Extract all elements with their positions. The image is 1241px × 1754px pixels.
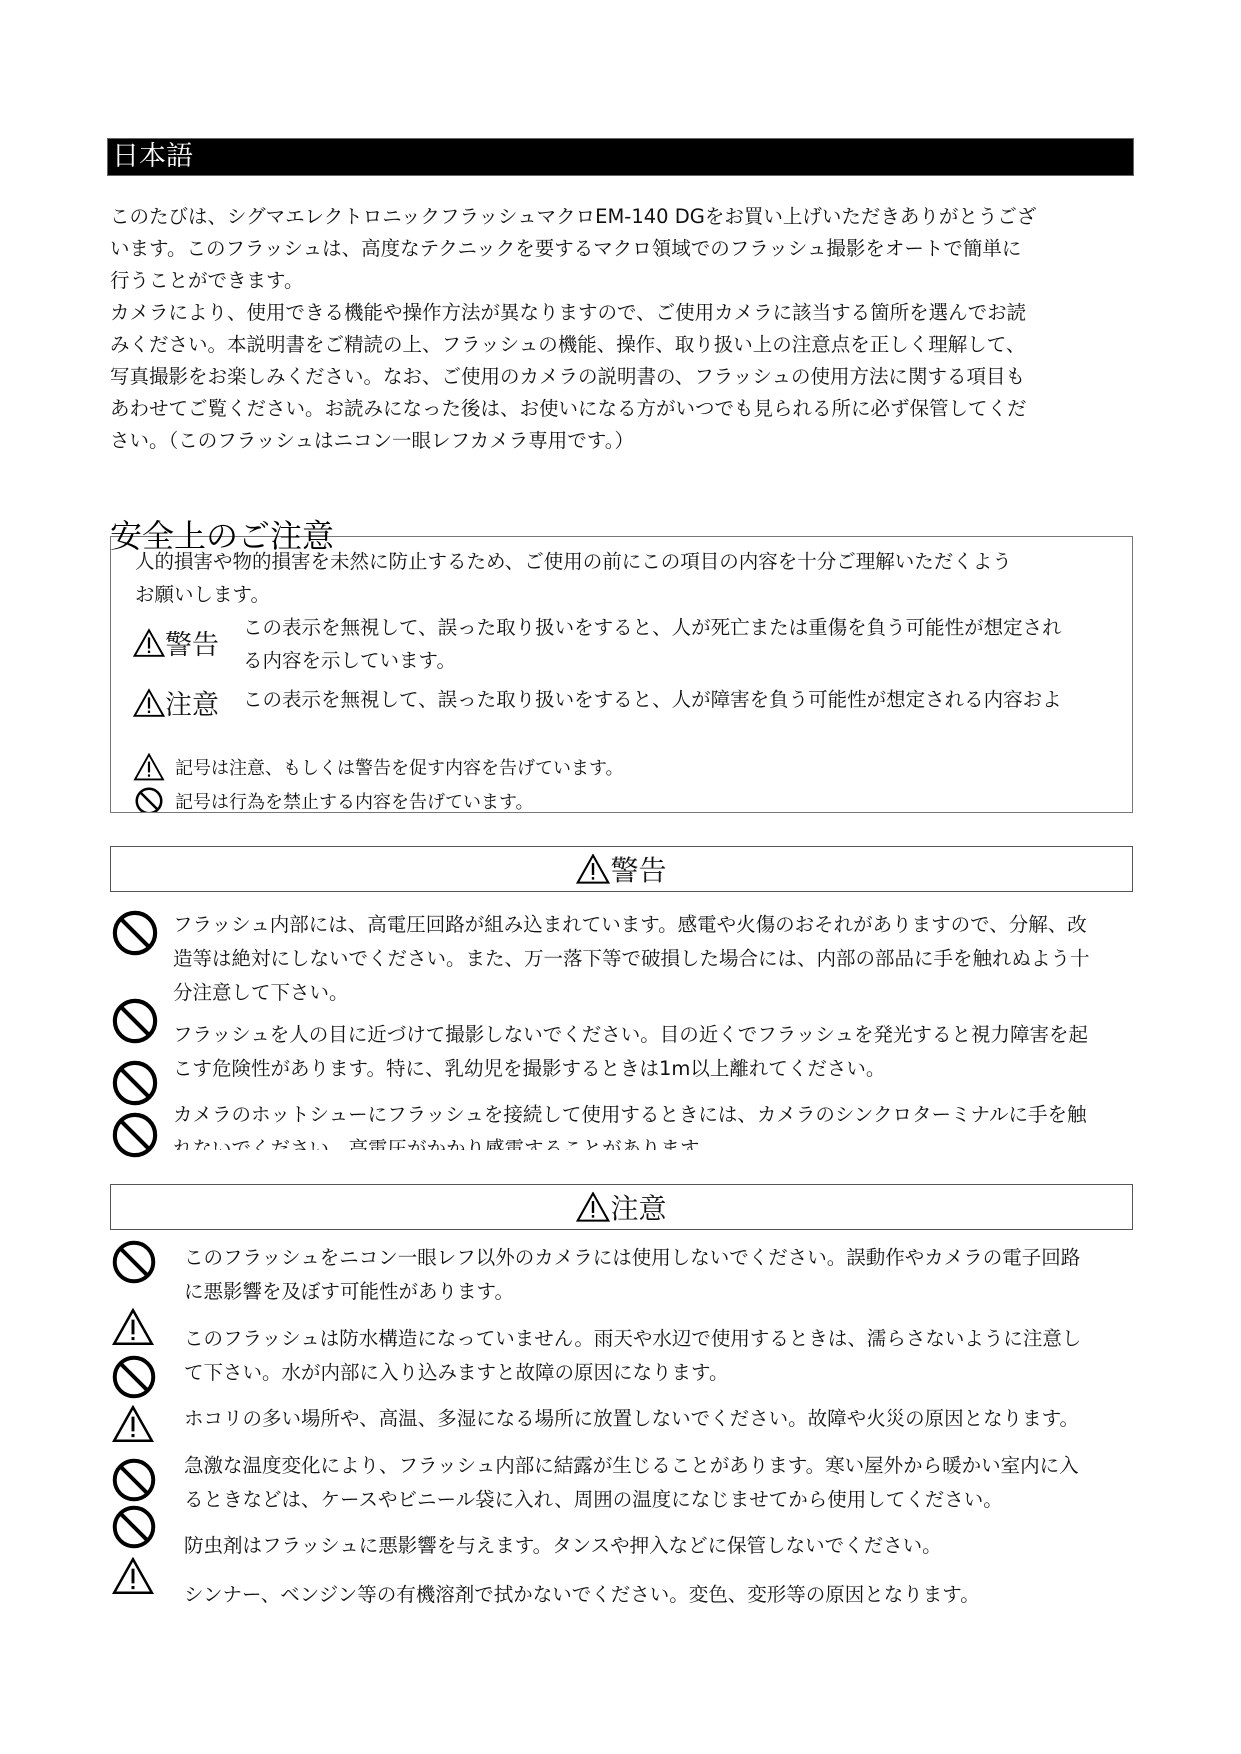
legend-line: る内容を示しています。 bbox=[243, 644, 1062, 677]
caution-line: このフラッシュをニコン一眼レフ以外のカメラには使用しないでください。誤動作やカメ… bbox=[184, 1241, 1080, 1275]
caution-line: このフラッシュは防水構造になっていません。雨天や水辺で使用するときは、濡らさない… bbox=[184, 1322, 1081, 1356]
caution-item: シンナー、ベンジン等の有機溶剤で拭かないでください。変色、変形等の原因となります… bbox=[184, 1578, 980, 1612]
caution-item: 急激な温度変化により、フラッシュ内部に結露が生じることがあります。寒い屋外から暖… bbox=[184, 1449, 1079, 1517]
prohibited-icon bbox=[112, 1112, 158, 1158]
warning-triangle-icon bbox=[112, 1308, 154, 1346]
legend-warning: 警告 この表示を無視して、誤った取り扱いをすると、人が死亡または重傷を負う可能性… bbox=[133, 611, 1062, 677]
symbol-legend-prohibited: 記号は行為を禁止する内容を告げています。 bbox=[133, 787, 534, 813]
warning-triangle-icon bbox=[576, 1190, 610, 1224]
warning-line: フラッシュを人の目に近づけて撮影しないでください。目の近くでフラッシュを発光する… bbox=[173, 1018, 1088, 1052]
caution-item: このフラッシュは防水構造になっていません。雨天や水辺で使用するときは、濡らさない… bbox=[184, 1322, 1081, 1390]
caution-line: るときなどは、ケースやビニール袋に入れ、周囲の温度になじませてから使用してくださ… bbox=[184, 1483, 1079, 1517]
caution-line: ホコリの多い場所や、高温、多湿になる場所に放置しないでください。故障や火災の原因… bbox=[184, 1402, 1079, 1436]
caution-line: 急激な温度変化により、フラッシュ内部に結露が生じることがあります。寒い屋外から暖… bbox=[184, 1449, 1079, 1483]
caution-heading: 注意 bbox=[576, 1187, 666, 1227]
prohibited-icon bbox=[112, 998, 158, 1044]
prohibited-icon bbox=[112, 1505, 156, 1549]
warning-heading: 警告 bbox=[576, 849, 666, 889]
legend-line: この表示を無視して、誤った取り扱いをすると、人が死亡または重傷を負う可能性が想定… bbox=[243, 611, 1062, 644]
warning-line: カメラのホットシューにフラッシュを接続して使用するときには、カメラのシンクロター… bbox=[173, 1098, 1086, 1132]
symbol-legend-warning: 記号は注意、もしくは警告を促す内容を告げています。 bbox=[133, 753, 624, 781]
safety-intro-line: お願いします。 bbox=[135, 578, 1012, 611]
caution-line: 防虫剤はフラッシュに悪影響を与えます。タンスや押入などに保管しないでください。 bbox=[184, 1529, 942, 1563]
legend-caution-label: 注意 bbox=[165, 683, 219, 722]
legend-caution-text: この表示を無視して、誤った取り扱いをすると、人が障害を負う可能性が想定される内容… bbox=[243, 683, 1062, 716]
warning-item: カメラのホットシューにフラッシュを接続して使用するときには、カメラのシンクロター… bbox=[173, 1098, 1086, 1150]
warning-line: こす危険性があります。特に、乳幼児を撮影するときは1m以上離れてください。 bbox=[173, 1052, 1088, 1086]
legend-caution: 注意 この表示を無視して、誤った取り扱いをすると、人が障害を負う可能性が想定され… bbox=[133, 683, 1062, 722]
intro-line: このたびは、シグマエレクトロニックフラッシュマクロEM-140 DGをお買い上げ… bbox=[110, 201, 1130, 233]
intro-line: います。このフラッシュは、高度なテクニックを要するマクロ領域でのフラッシュ撮影を… bbox=[110, 233, 1130, 265]
prohibited-icon bbox=[112, 1458, 156, 1502]
prohibited-icon bbox=[112, 1240, 156, 1284]
warning-triangle-icon bbox=[133, 628, 165, 658]
caution-line: シンナー、ベンジン等の有機溶剤で拭かないでください。変色、変形等の原因となります… bbox=[184, 1578, 980, 1612]
warning-line: れないでください。高電圧がかかり感電することがあります。 bbox=[173, 1132, 1086, 1150]
warning-triangle-icon bbox=[133, 688, 165, 718]
prohibited-icon bbox=[112, 1060, 158, 1106]
warning-item: フラッシュ内部には、高電圧回路が組み込まれています。感電や火傷のおそれがあります… bbox=[173, 908, 1090, 1010]
warning-triangle-icon bbox=[133, 753, 165, 781]
warning-line: フラッシュ内部には、高電圧回路が組み込まれています。感電や火傷のおそれがあります… bbox=[173, 908, 1090, 942]
prohibited-icon bbox=[133, 787, 165, 813]
prohibited-icon bbox=[112, 1355, 156, 1399]
caution-item: ホコリの多い場所や、高温、多湿になる場所に放置しないでください。故障や火災の原因… bbox=[184, 1402, 1079, 1436]
language-header-bar: 日本語 bbox=[107, 138, 1134, 176]
warning-section-header: 警告 bbox=[110, 846, 1133, 892]
legend-warning-text: この表示を無視して、誤った取り扱いをすると、人が死亡または重傷を負う可能性が想定… bbox=[243, 611, 1062, 677]
warning-item: フラッシュを人の目に近づけて撮影しないでください。目の近くでフラッシュを発光する… bbox=[173, 1018, 1088, 1086]
intro-line: あわせてご覧ください。お読みになった後は、お使いになる方がいつでも見られる所に必… bbox=[110, 393, 1130, 425]
warning-line: 分注意して下さい。 bbox=[173, 976, 1090, 1010]
safety-title: 安全上のご注意 bbox=[110, 518, 334, 554]
safety-legend-box: 人的損害や物的損害を未然に防止するため、ご使用の前にこの項目の内容を十分ご理解い… bbox=[110, 536, 1133, 813]
warning-triangle-icon bbox=[576, 852, 610, 886]
intro-paragraph: このたびは、シグマエレクトロニックフラッシュマクロEM-140 DGをお買い上げ… bbox=[110, 201, 1130, 457]
warning-heading-label: 警告 bbox=[610, 849, 666, 889]
language-label: 日本語 bbox=[108, 141, 193, 172]
symbol-legend-text: 記号は行為を禁止する内容を告げています。 bbox=[175, 788, 534, 813]
caution-line: て下さい。水が内部に入り込みますと故障の原因になります。 bbox=[184, 1356, 1081, 1390]
caution-line: に悪影響を及ぼす可能性があります。 bbox=[184, 1275, 1080, 1309]
caution-item: このフラッシュをニコン一眼レフ以外のカメラには使用しないでください。誤動作やカメ… bbox=[184, 1241, 1080, 1309]
intro-line: カメラにより、使用できる機能や操作方法が異なりますので、ご使用カメラに該当する箇… bbox=[110, 297, 1130, 329]
symbol-legend-text: 記号は注意、もしくは警告を促す内容を告げています。 bbox=[175, 754, 624, 780]
intro-line: 行うことができます。 bbox=[110, 265, 1130, 297]
warning-triangle-icon bbox=[112, 1557, 154, 1595]
intro-line: 写真撮影をお楽しみください。なお、ご使用のカメラの説明書の、フラッシュの使用方法… bbox=[110, 361, 1130, 393]
caution-heading-label: 注意 bbox=[610, 1187, 666, 1227]
caution-item: 防虫剤はフラッシュに悪影響を与えます。タンスや押入などに保管しないでください。 bbox=[184, 1529, 942, 1563]
caution-section-header: 注意 bbox=[110, 1184, 1133, 1230]
legend-line: この表示を無視して、誤った取り扱いをすると、人が障害を負う可能性が想定される内容… bbox=[243, 683, 1062, 716]
warning-line: 造等は絶対にしないでください。また、万一落下等で破損した場合には、内部の部品に手… bbox=[173, 942, 1090, 976]
legend-warning-tag: 警告 bbox=[133, 623, 243, 662]
intro-line: みください。本説明書をご精読の上、フラッシュの機能、操作、取り扱い上の注意点を正… bbox=[110, 329, 1130, 361]
legend-caution-tag: 注意 bbox=[133, 683, 243, 722]
prohibited-icon bbox=[112, 910, 158, 956]
legend-warning-label: 警告 bbox=[165, 623, 219, 662]
warning-triangle-icon bbox=[112, 1405, 154, 1443]
intro-line: さい。（このフラッシュはニコン一眼レフカメラ専用です。） bbox=[110, 425, 1130, 457]
